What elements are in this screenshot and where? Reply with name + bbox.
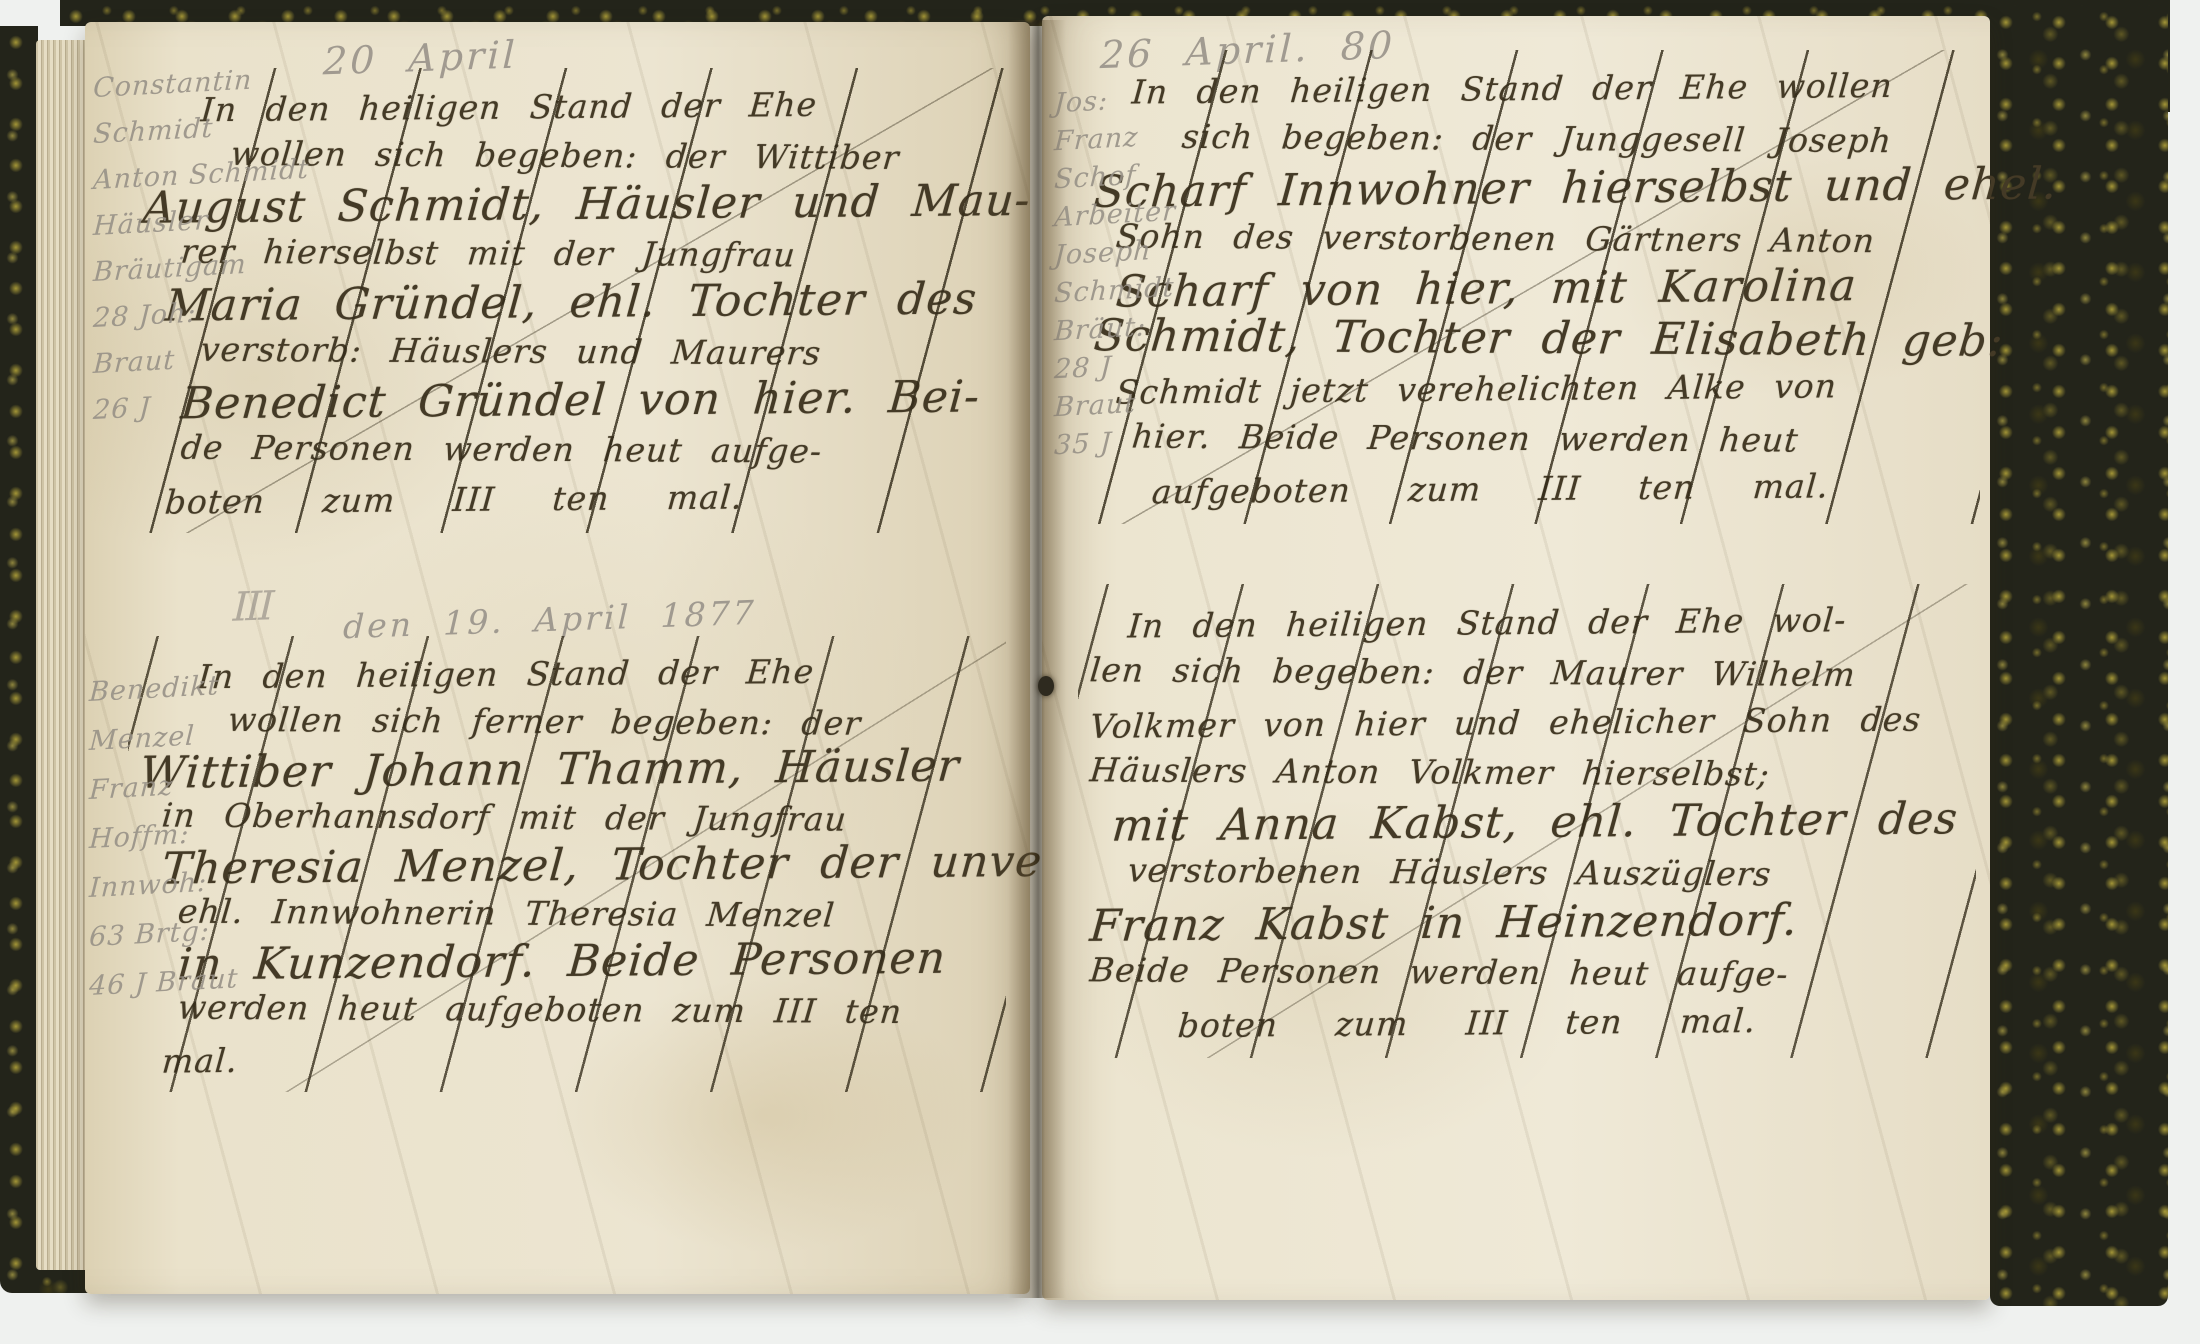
entry-line: aufgeboten zum III ten mal.: [1092, 460, 1976, 518]
left-page: 20 April Constantin Schmidt Anton Schmid…: [85, 22, 1030, 1294]
entry-line: Franz Kabst in Heinzendorf.: [1088, 894, 1972, 952]
entry-line: In den heiligen Stand der Ehe wol-: [1088, 594, 1972, 652]
margin-notes-column-2: Benedikt Menzel Franz Hoffm: Innwoh: 63 …: [89, 662, 319, 1005]
page-stack-fore-edge: [36, 40, 88, 1270]
book-scan: 20 April Constantin Schmidt Anton Schmid…: [0, 0, 2200, 1344]
entry-line: Volkmer von hier und ehelicher Sohn des: [1088, 694, 1972, 752]
entry-line: mal.: [138, 1030, 1002, 1086]
entry-line: Häuslers Anton Volkmer hierselbst;: [1088, 745, 1973, 800]
entry-line: Beide Personen werden heut aufge-: [1088, 945, 1973, 1000]
entry-line: verstorbenen Häuslers Auszüglers: [1088, 845, 1973, 900]
margin-notes-column: Jos: Franz Schof Arbeiter Joseph Schmidt…: [1054, 80, 1254, 460]
cover-left-edge: [0, 26, 38, 1251]
right-page: 26 April. 80 Jos: Franz Schof Arbeiter J…: [1042, 16, 1990, 1300]
entry-line: boten zum III ten mal.: [1088, 994, 1972, 1052]
binding-hole: [1038, 676, 1054, 696]
banns-entry-4: In den heiligen Stand der Ehe wol- len s…: [1090, 598, 1970, 1048]
margin-notes-column: Constantin Schmidt Anton Schmidt Häusler…: [93, 60, 323, 428]
entry-line: len sich begeben: der Maurer Wilhelm: [1088, 645, 1973, 700]
entry-line: de Personen werden heut aufge-: [141, 422, 1006, 476]
date-header-left: 20 April: [322, 33, 518, 84]
entry-line: mit Anna Kabst, ehl. Tochter des: [1088, 794, 1972, 852]
date-header-left-2: den 19. April 1877: [342, 593, 757, 647]
entry-line: boten zum III ten mal.: [141, 470, 1005, 527]
tally-mark: III: [232, 583, 272, 630]
